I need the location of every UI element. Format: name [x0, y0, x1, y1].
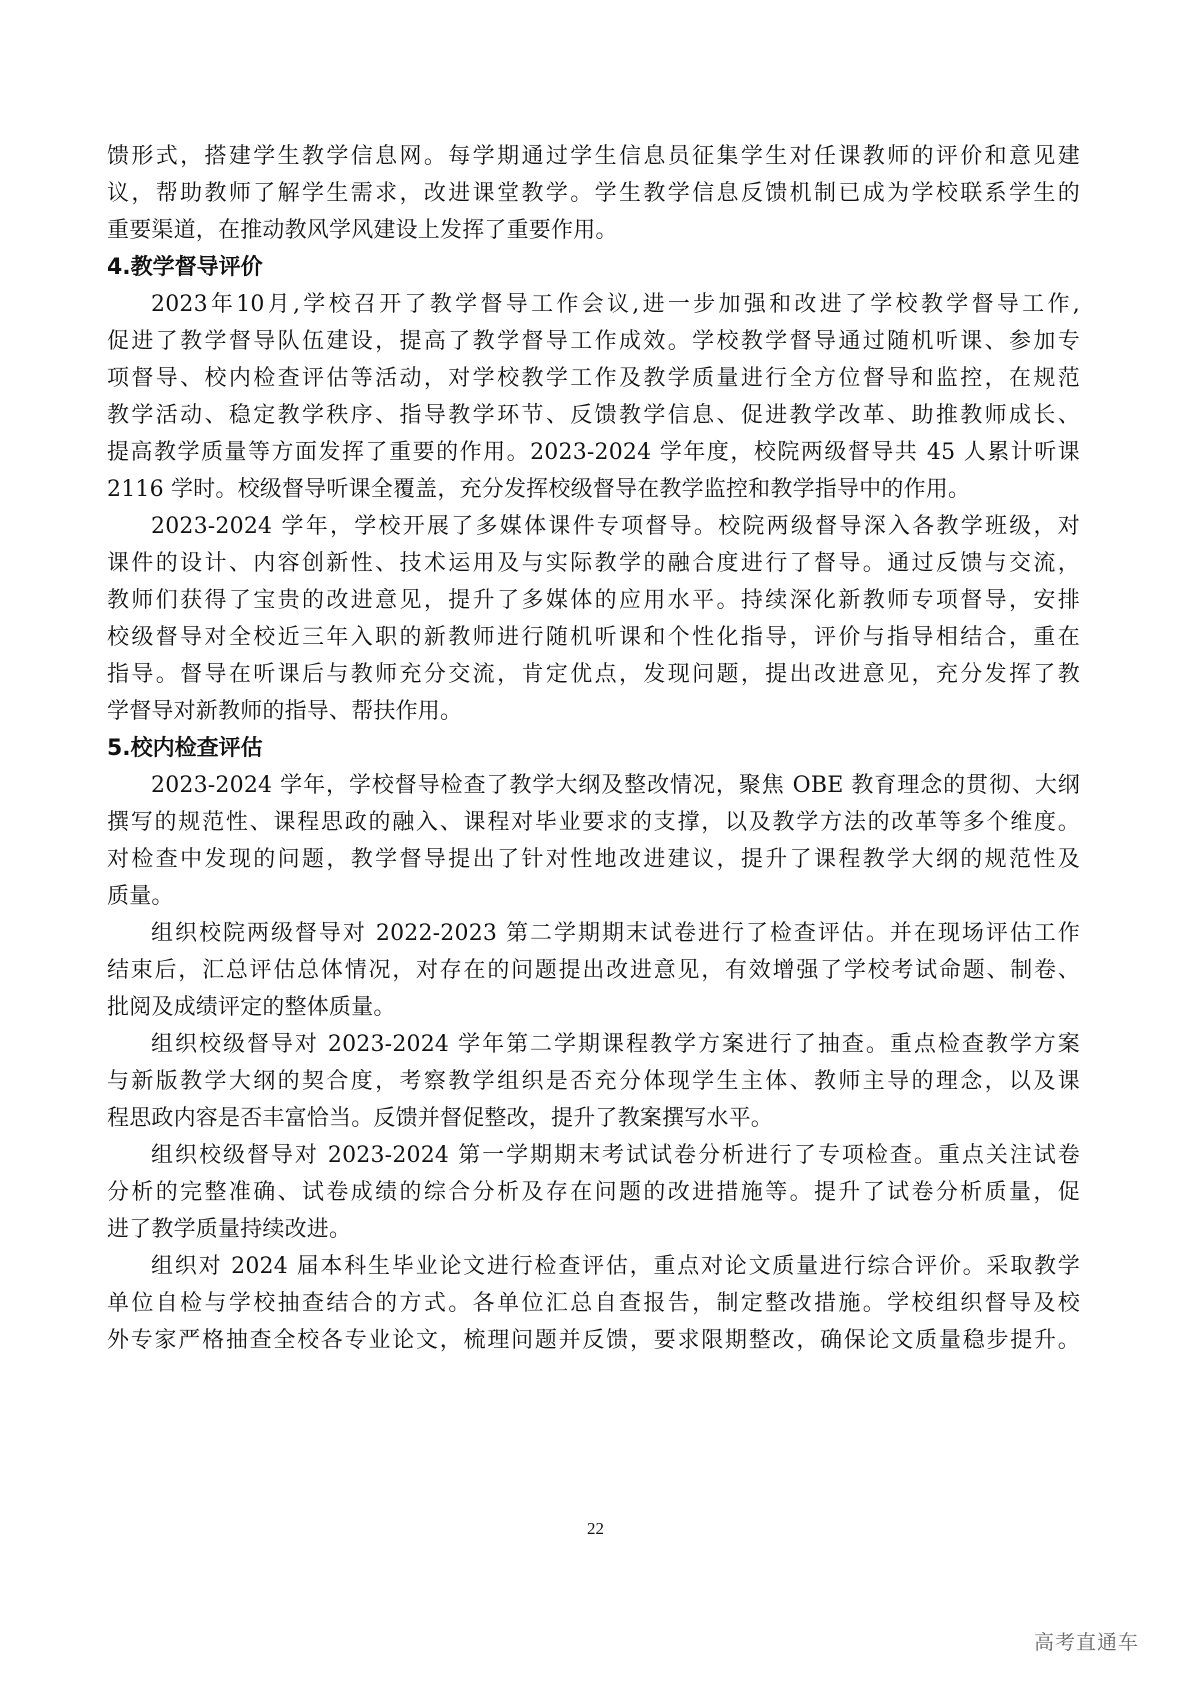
paragraph-teaching-plan-check: 组织校级督导对 2023-2024 学年第二学期课程教学方案进行了抽查。重点检查…	[107, 1026, 1080, 1137]
text-line: 结束后，汇总评估总体情况，对存在的问题提出改进意见，有效增强了学校考试命题、制卷…	[107, 952, 1080, 989]
text-line: 撰写的规范性、课程思政的融入、课程对毕业要求的支撑，以及教学方法的改革等多个维度…	[107, 804, 1080, 841]
text-line: 促进了教学督导队伍建设，提高了教学督导工作成效。学校教学督导通过随机听课、参加专	[107, 323, 1080, 360]
text-line: 程思政内容是否丰富恰当。反馈并督促整改，提升了教案撰写水平。	[107, 1100, 1080, 1137]
text-line: 项督导、校内检查评估等活动，对学校教学工作及教学质量进行全方位督导和监控，在规范	[107, 360, 1080, 397]
text-line: 2023-2024 学年，学校开展了多媒体课件专项督导。校院两级督导深入各教学班…	[107, 508, 1080, 545]
text-line: 教学活动、稳定教学秩序、指导教学环节、反馈教学信息、促进教学改革、助推教师成长、	[107, 397, 1080, 434]
text-line: 批阅及成绩评定的整体质量。	[107, 989, 1080, 1026]
text-line: 议，帮助教师了解学生需求，改进课堂教学。学生教学信息反馈机制已成为学校联系学生的	[107, 175, 1080, 212]
text-line: 进了教学质量持续改进。	[107, 1211, 1080, 1248]
watermark-label: 高考直通车	[1034, 1626, 1139, 1655]
text-line: 指导。督导在听课后与教师充分交流，肯定优点，发现问题，提出改进意见，充分发挥了教	[107, 656, 1080, 693]
text-line: 教师们获得了宝贵的改进意见，提升了多媒体的应用水平。持续深化新教师专项督导，安排	[107, 582, 1080, 619]
document-page: 馈形式，搭建学生教学信息网。每学期通过学生信息员征集学生对任课教师的评价和意见建…	[107, 138, 1080, 1359]
paragraph-syllabus-check: 2023-2024 学年，学校督导检查了教学大纲及整改情况，聚焦 OBE 教育理…	[107, 767, 1080, 915]
text-line: 2116 学时。校级督导听课全覆盖，充分发挥校级督导在教学监控和教学指导中的作用…	[107, 471, 1080, 508]
text-line: 校级督导对全校近三年入职的新教师进行随机听课和个性化指导，评价与指导相结合，重在	[107, 619, 1080, 656]
text-line: 课件的设计、内容创新性、技术运用及与实际教学的融合度进行了督导。通过反馈与交流，	[107, 545, 1080, 582]
text-line: 馈形式，搭建学生教学信息网。每学期通过学生信息员征集学生对任课教师的评价和意见建	[107, 138, 1080, 175]
text-line: 分析的完整准确、试卷成绩的综合分析及存在问题的改进措施等。提升了试卷分析质量，促	[107, 1174, 1080, 1211]
text-line: 组织校院两级督导对 2022-2023 第二学期期末试卷进行了检查评估。并在现场…	[107, 915, 1080, 952]
paragraph-feedback-continued: 馈形式，搭建学生教学信息网。每学期通过学生信息员征集学生对任课教师的评价和意见建…	[107, 138, 1080, 249]
text-line: 组织对 2024 届本科生毕业论文进行检查评估，重点对论文质量进行综合评价。采取…	[107, 1248, 1080, 1285]
text-line: 单位自检与学校抽查结合的方式。各单位汇总自查报告，制定整改措施。学校组织督导及校	[107, 1285, 1080, 1322]
text-line: 与新版教学大纲的契合度，考察教学组织是否充分体现学生主体、教师主导的理念，以及课	[107, 1063, 1080, 1100]
text-line: 提高教学质量等方面发挥了重要的作用。2023-2024 学年度，校院两级督导共 …	[107, 434, 1080, 471]
text-line: 对检查中发现的问题，教学督导提出了针对性地改进建议，提升了课程教学大纲的规范性及	[107, 841, 1080, 878]
text-line: 外专家严格抽查全校各专业论文，梳理问题并反馈，要求限期整改，确保论文质量稳步提升…	[107, 1322, 1080, 1359]
text-line: 组织校级督导对 2023-2024 学年第二学期课程教学方案进行了抽查。重点检查…	[107, 1026, 1080, 1063]
text-line: 质量。	[107, 878, 1080, 915]
text-line: 重要渠道，在推动教风学风建设上发挥了重要作用。	[107, 212, 1080, 249]
section-4-heading: 4.教学督导评价	[107, 249, 1080, 286]
text-line: 2023-2024 学年，学校督导检查了教学大纲及整改情况，聚焦 OBE 教育理…	[107, 767, 1080, 804]
paragraph-exam-paper-check: 组织校院两级督导对 2022-2023 第二学期期末试卷进行了检查评估。并在现场…	[107, 915, 1080, 1026]
text-line: 2023年10月,学校召开了教学督导工作会议,进一步加强和改进了学校教学督导工作…	[107, 286, 1080, 323]
paragraph-multimedia-supervision: 2023-2024 学年，学校开展了多媒体课件专项督导。校院两级督导深入各教学班…	[107, 508, 1080, 730]
section-5-heading: 5.校内检查评估	[107, 730, 1080, 767]
paragraph-exam-analysis-check: 组织校级督导对 2023-2024 第一学期期末考试试卷分析进行了专项检查。重点…	[107, 1137, 1080, 1248]
text-line: 学督导对新教师的指导、帮扶作用。	[107, 693, 1080, 730]
paragraph-thesis-check: 组织对 2024 届本科生毕业论文进行检查评估，重点对论文质量进行综合评价。采取…	[107, 1248, 1080, 1359]
text-line: 组织校级督导对 2023-2024 第一学期期末考试试卷分析进行了专项检查。重点…	[107, 1137, 1080, 1174]
page-number: 22	[0, 1519, 1191, 1539]
paragraph-supervision-meeting: 2023年10月,学校召开了教学督导工作会议,进一步加强和改进了学校教学督导工作…	[107, 286, 1080, 508]
